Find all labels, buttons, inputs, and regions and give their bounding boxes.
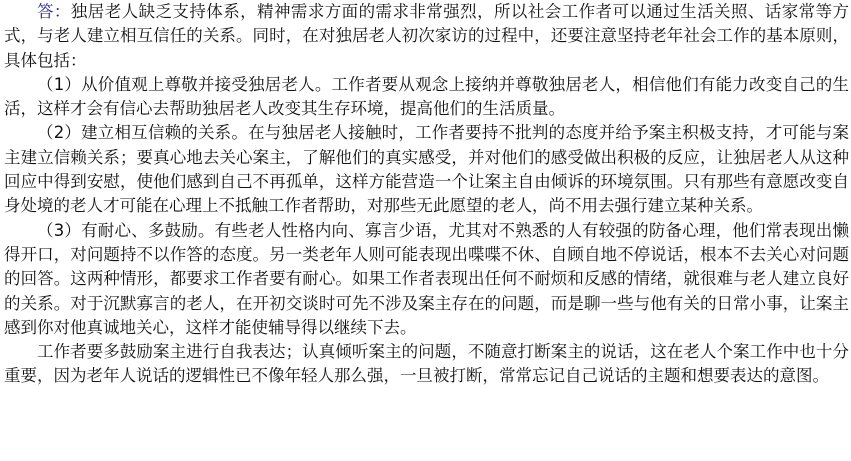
paragraph-text: （2）建立相互信赖的关系。在与独居老人接触时，工作者要持不批判的态度并给予案主积… <box>4 123 849 215</box>
paragraph-text: 独居老人缺乏支持体系，精神需求方面的需求非常强烈，所以社会工作者可以通过生活关照… <box>4 2 849 70</box>
principle-3-paragraph: （3）有耐心、多鼓励。有些老人性格内向、寡言少语，尤其对不熟悉的人有较强的防备心… <box>4 219 849 340</box>
paragraph-text: （1）从价值观上尊敬并接受独居老人。工作者要从观念上接纳并尊敬独居老人，相信他们… <box>4 75 849 118</box>
paragraph-text: （3）有耐心、多鼓励。有些老人性格内向、寡言少语，尤其对不熟悉的人有较强的防备心… <box>4 221 849 337</box>
answer-intro-paragraph: 答：独居老人缺乏支持体系，精神需求方面的需求非常强烈，所以社会工作者可以通过生活… <box>4 0 849 73</box>
principle-2-paragraph: （2）建立相互信赖的关系。在与独居老人接触时，工作者要持不批判的态度并给予案主积… <box>4 121 849 218</box>
answer-document: 答：独居老人缺乏支持体系，精神需求方面的需求非常强烈，所以社会工作者可以通过生活… <box>4 0 849 389</box>
answer-label: 答： <box>37 2 71 21</box>
encouragement-paragraph: 工作者要多鼓励案主进行自我表达；认真倾听案主的问题，不随意打断案主的说话，这在老… <box>4 340 849 389</box>
paragraph-text: 工作者要多鼓励案主进行自我表达；认真倾听案主的问题，不随意打断案主的说话，这在老… <box>4 342 849 385</box>
principle-1-paragraph: （1）从价值观上尊敬并接受独居老人。工作者要从观念上接纳并尊敬独居老人，相信他们… <box>4 73 849 122</box>
